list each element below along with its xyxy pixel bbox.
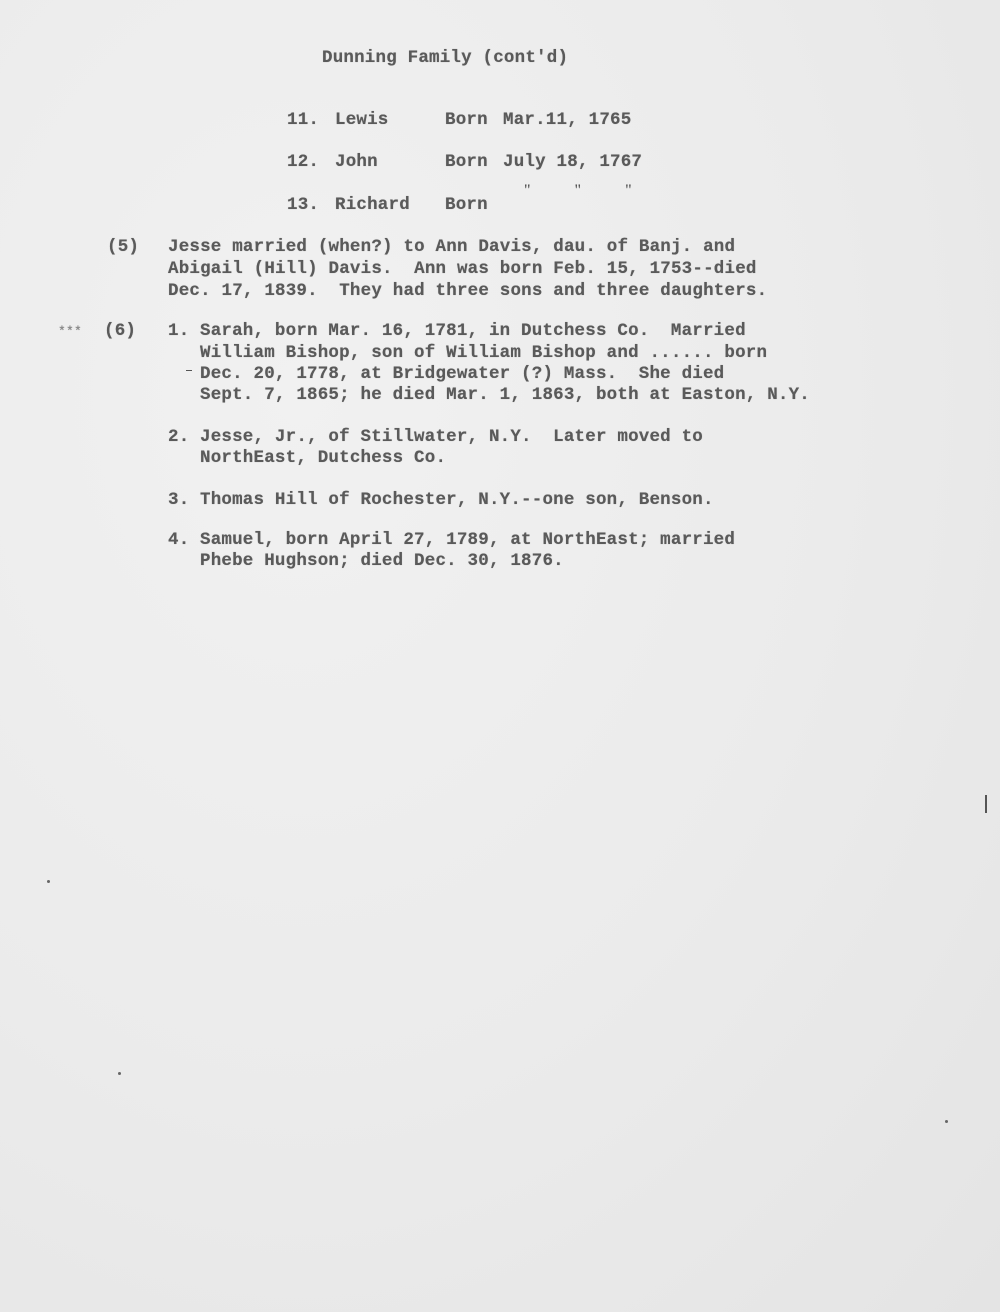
item-line: Dec. 20, 1778, at Bridgewater (?) Mass. … (200, 364, 724, 384)
born-label: Born (445, 110, 488, 130)
item-number: 3. (168, 490, 189, 510)
paper-speck (47, 880, 50, 883)
child-number: 11. (287, 110, 319, 130)
section-5-line: Abigail (Hill) Davis. Ann was born Feb. … (168, 259, 757, 279)
item-line: Phebe Hughson; died Dec. 30, 1876. (200, 551, 564, 571)
paper-speck (945, 1120, 948, 1123)
section-5-marker: (5) (107, 237, 139, 257)
born-label: Born (445, 152, 488, 172)
item-line: Thomas Hill of Rochester, N.Y.--one son,… (200, 490, 714, 510)
birth-date: Mar.11, 1765 (503, 110, 631, 130)
birth-date: July 18, 1767 (503, 152, 642, 172)
item-number: 2. (168, 427, 189, 447)
child-name: Richard (335, 195, 410, 215)
page-title: Dunning Family (cont'd) (322, 48, 568, 68)
item-line: Sarah, born Mar. 16, 1781, in Dutchess C… (200, 321, 746, 341)
pencil-mark (985, 795, 987, 813)
child-number: 12. (287, 152, 319, 172)
child-name: John (335, 152, 378, 172)
pencil-mark (186, 370, 192, 371)
item-line: Sept. 7, 1865; he died Mar. 1, 1863, bot… (200, 385, 810, 405)
item-line: Jesse, Jr., of Stillwater, N.Y. Later mo… (200, 427, 703, 447)
ditto-marks: " " " (524, 182, 632, 200)
typewritten-page: Dunning Family (cont'd) 11. Lewis Born M… (0, 0, 1000, 1312)
section-6-marker: (6) (104, 321, 136, 341)
section-5-line: Dec. 17, 1839. They had three sons and t… (168, 281, 767, 301)
item-number: 4. (168, 530, 189, 550)
child-name: Lewis (335, 110, 389, 130)
item-line: Samuel, born April 27, 1789, at NorthEas… (200, 530, 735, 550)
item-number: 1. (168, 321, 189, 341)
item-line: NorthEast, Dutchess Co. (200, 448, 446, 468)
asterisk-marker: *** (58, 324, 82, 339)
born-label: Born (445, 195, 488, 215)
child-number: 13. (287, 195, 319, 215)
paper-speck (118, 1072, 121, 1075)
item-line: William Bishop, son of William Bishop an… (200, 343, 767, 363)
section-5-line: Jesse married (when?) to Ann Davis, dau.… (168, 237, 735, 257)
